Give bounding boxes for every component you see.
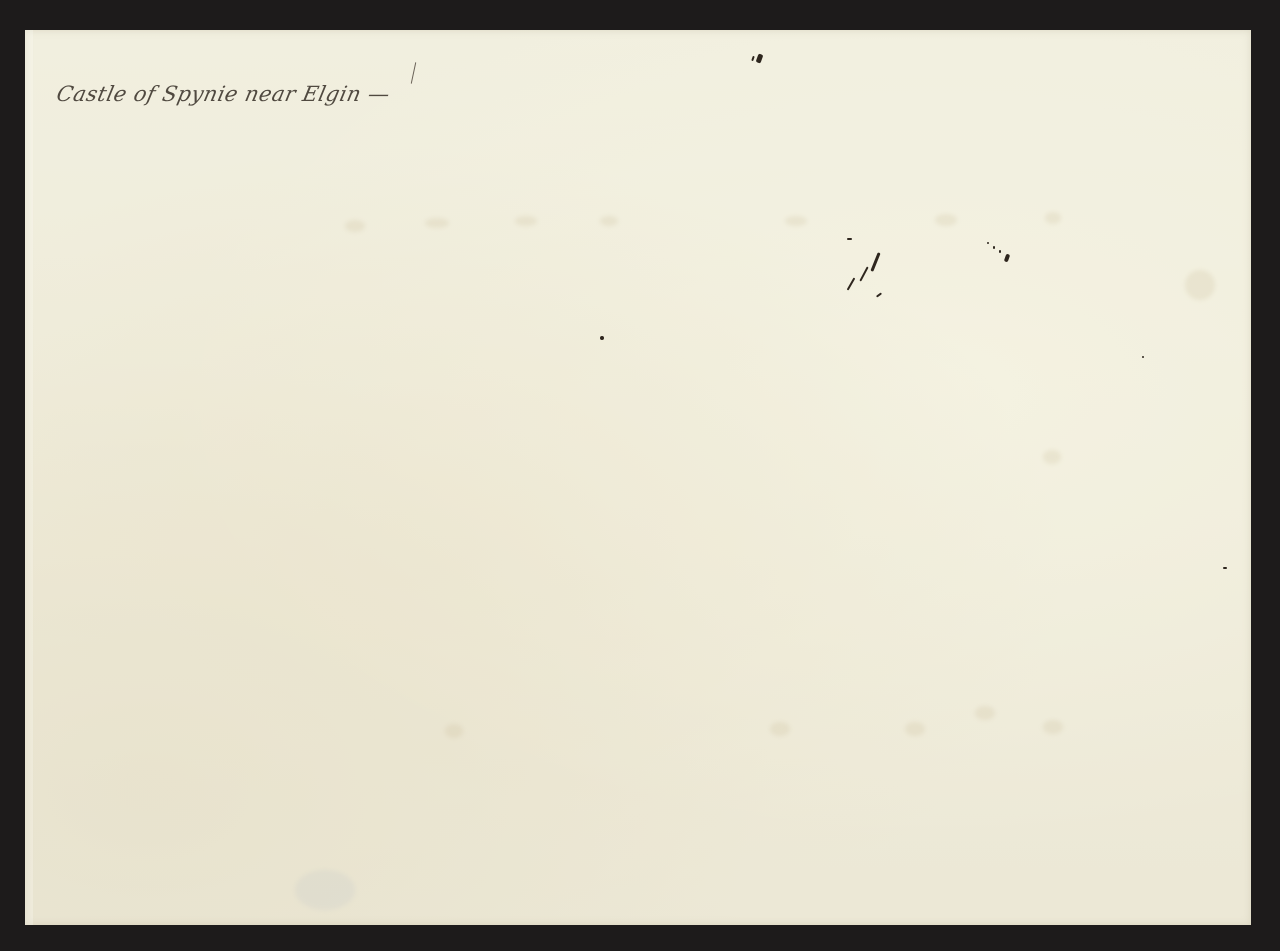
stain [295,870,355,910]
ink-mark [876,292,882,297]
stain [1185,270,1215,300]
stain [425,218,449,228]
scan-background: Castle of Spynie near Elgin — [0,0,1280,951]
ink-mark [987,242,989,244]
ink-dot [600,336,604,340]
stain [1045,212,1061,224]
pencil-stroke [411,62,417,84]
stain [905,722,925,736]
stain [785,216,807,226]
ink-mark [847,238,852,240]
stain [1043,450,1061,464]
ink-mark [870,252,880,272]
ink-mark [999,250,1001,253]
ink-mark [847,277,856,290]
paper-edge [25,30,33,925]
ink-dot [1142,356,1144,358]
stain [770,722,790,736]
stain [1043,720,1063,734]
stain [975,706,995,720]
stain [935,214,957,226]
stain [600,216,618,226]
stain [515,216,537,226]
handwritten-inscription: Castle of Spynie near Elgin — [54,82,392,106]
ink-mark [756,53,764,63]
ink-mark [993,246,995,249]
stain [445,724,463,738]
ink-dot [1223,567,1227,569]
ink-mark [1004,254,1010,263]
ink-mark [751,56,755,61]
paper-sheet: Castle of Spynie near Elgin — [25,30,1251,925]
stain [345,220,365,232]
ink-mark [859,266,868,281]
